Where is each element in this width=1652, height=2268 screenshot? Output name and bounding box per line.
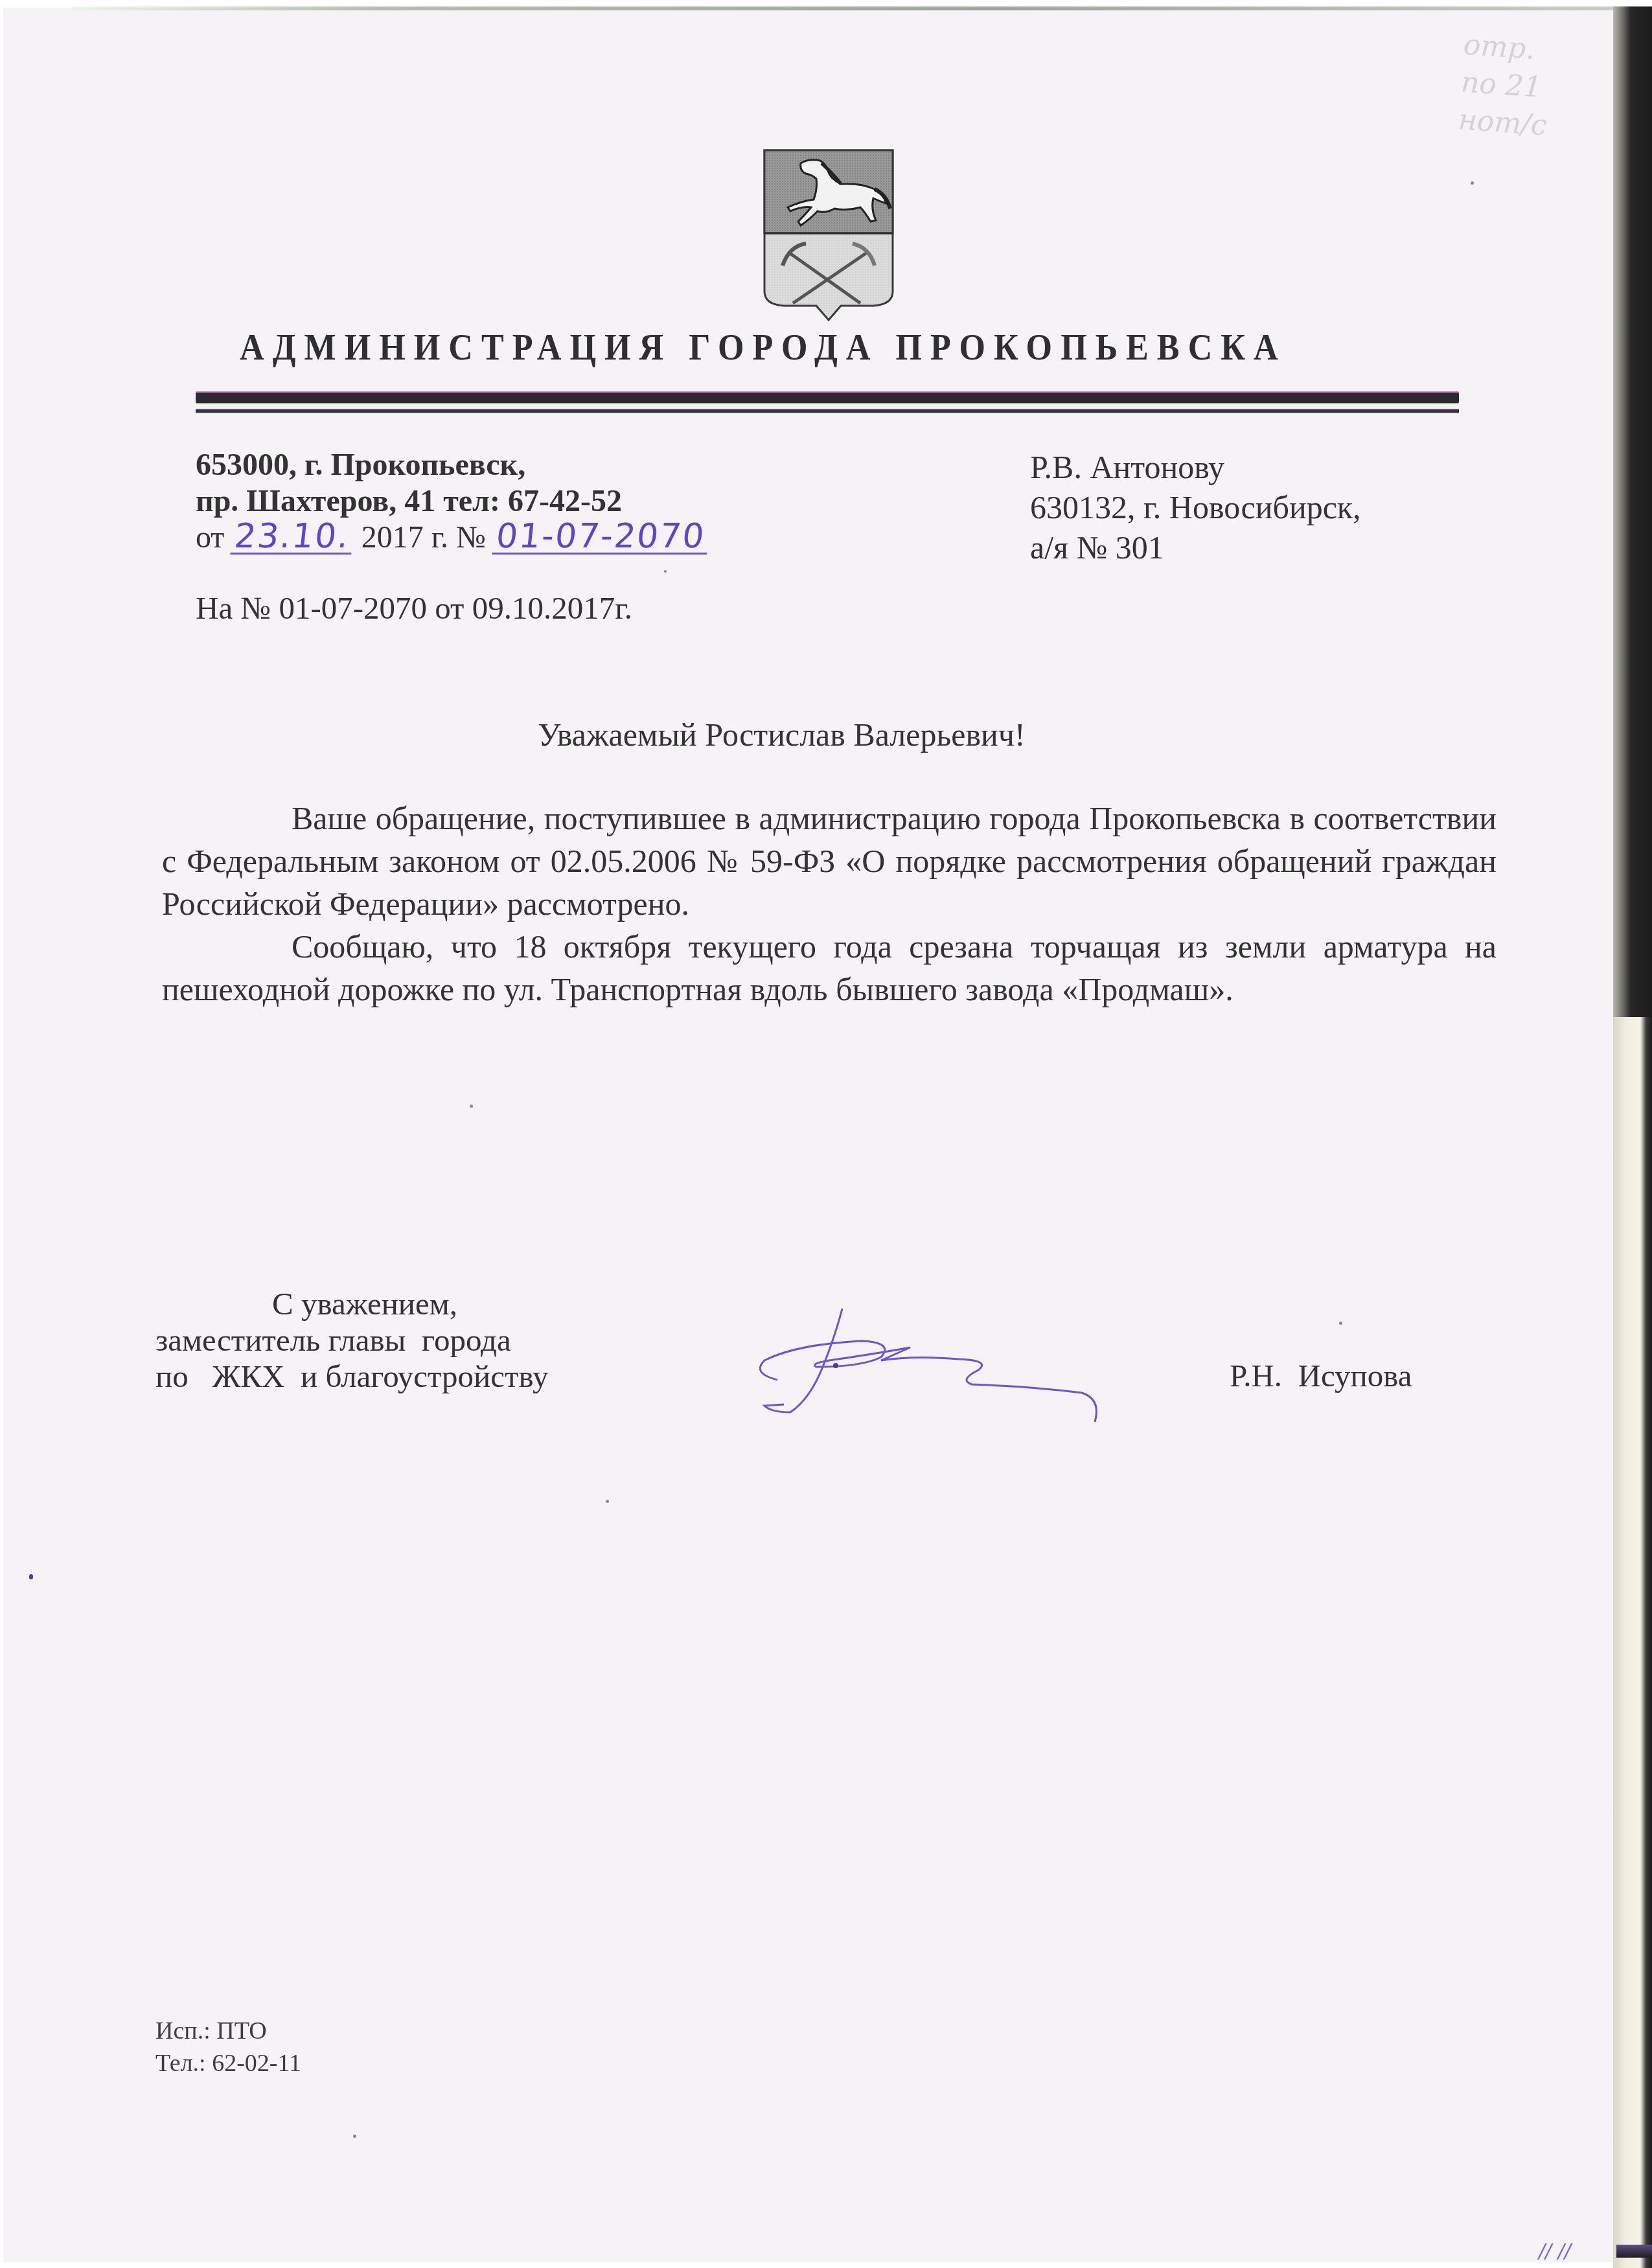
closing-regards: С уважением, xyxy=(155,1286,548,1322)
handwritten-date: 23.10. xyxy=(231,520,356,555)
body-paragraph: Сообщаю, что 18 октября текущего года ср… xyxy=(162,925,1497,1011)
ink-mark: // // xyxy=(1539,2240,1571,2263)
sender-address-line2: пр. Шахтеров, 41 тел: 67-42-52 xyxy=(196,483,709,520)
scan-speck xyxy=(1471,181,1474,185)
scan-speck xyxy=(664,570,667,573)
scan-speck xyxy=(606,1500,609,1503)
salutation: Уважаемый Ростислав Валерьевич! xyxy=(538,716,1026,753)
recipient-name: Р.В. Антонову xyxy=(1030,447,1361,487)
handwritten-signature-icon xyxy=(745,1296,1160,1425)
header-rule-thin xyxy=(196,409,1459,413)
scan-speck xyxy=(1339,1322,1342,1325)
executor-block: Исп.: ПТО Тел.: 62-02-11 xyxy=(155,2015,301,2079)
scan-speck xyxy=(470,1105,473,1108)
body-paragraph: Ваше обращение, поступившее в администра… xyxy=(162,797,1497,925)
handwritten-number: 01-07-2070 xyxy=(492,520,711,555)
scan-speck xyxy=(29,1574,33,1579)
recipient-address-line1: 630132, г. Новосибирск, xyxy=(1030,487,1361,527)
recipient-block: Р.В. Антонову 630132, г. Новосибирск, а/… xyxy=(1030,447,1361,567)
sender-block: 653000, г. Прокопьевск, пр. Шахтеров, 41… xyxy=(196,447,709,556)
closing-block: С уважением, заместитель главы города по… xyxy=(155,1286,548,1395)
reference-line: На № 01-07-2070 от 09.10.2017г. xyxy=(196,590,632,626)
date-prefix: от xyxy=(196,520,224,555)
scan-edge-top xyxy=(71,6,1613,10)
scan-speck xyxy=(353,2135,356,2138)
sender-address-line1: 653000, г. Прокопьевск, xyxy=(196,447,709,483)
coat-of-arms-icon xyxy=(763,149,894,323)
executor-phone: Тел.: 62-02-11 xyxy=(155,2047,301,2079)
signer-name: Р.Н. Исупова xyxy=(1230,1357,1412,1394)
scan-edge-right-shadow xyxy=(1613,6,1652,1017)
organization-title: АДМИНИСТРАЦИЯ ГОРОДА ПРОКОПЬЕВСКА xyxy=(240,327,1348,369)
header-rule-thick xyxy=(196,393,1459,403)
signer-position-line2: по ЖКХ и благоустройству xyxy=(155,1358,548,1395)
signer-position-line1: заместитель главы города xyxy=(155,1322,548,1358)
pencil-annotation: отр. по 21 нот/с xyxy=(1457,26,1553,144)
executor-department: Исп.: ПТО xyxy=(155,2015,301,2047)
recipient-address-line2: а/я № 301 xyxy=(1030,527,1361,567)
outgoing-date-number: от 23.10. 2017 г. № 01-07-2070 xyxy=(196,520,709,556)
scan-edge-bottom xyxy=(1616,2245,1652,2258)
date-suffix: 2017 г. № xyxy=(361,520,486,555)
letter-body: Ваше обращение, поступившее в администра… xyxy=(162,797,1497,1011)
